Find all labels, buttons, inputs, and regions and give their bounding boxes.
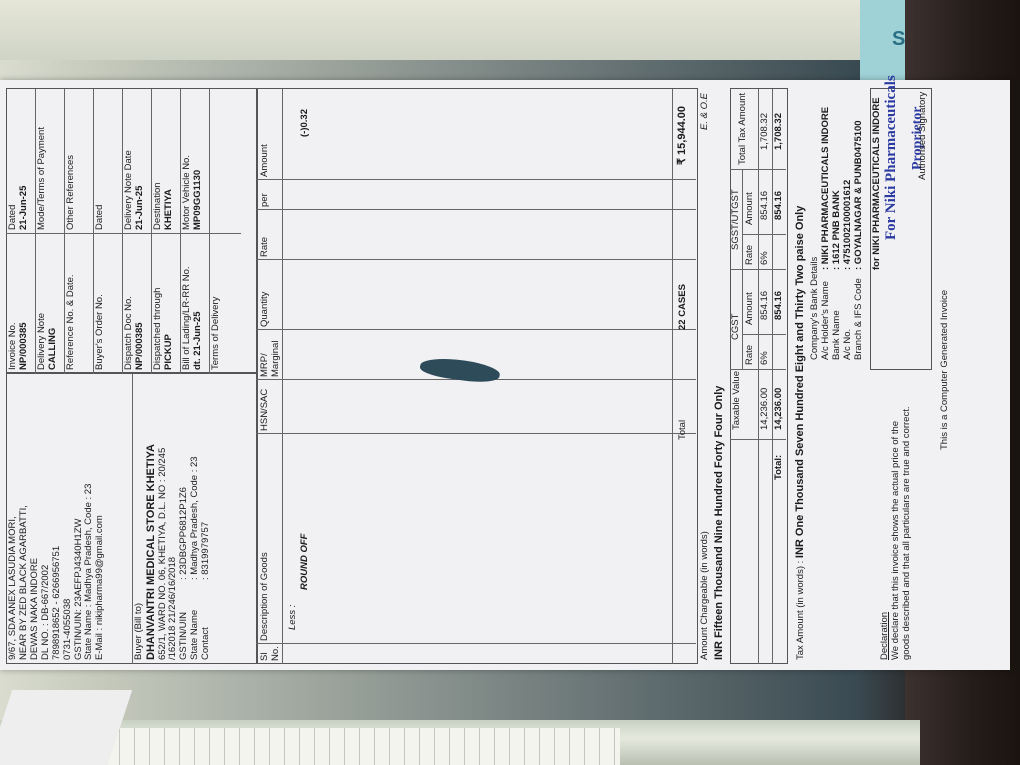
tax-cell: 854.16 bbox=[774, 191, 785, 220]
total-quantity: 22 CASES bbox=[678, 284, 689, 330]
meta-value: 21-Jun-25 bbox=[135, 186, 146, 230]
tax-cell: 1,708.32 bbox=[760, 113, 771, 150]
column-header: Quantity bbox=[260, 261, 271, 327]
column-divider bbox=[256, 329, 696, 330]
amount-words-label: Amount Chargeable (in words) bbox=[700, 531, 711, 660]
column-header: HSN/SAC bbox=[260, 381, 271, 431]
meta-value: CALLING bbox=[48, 328, 59, 370]
tax-words-label: Tax Amount (in words) : bbox=[795, 561, 806, 660]
meta-value: dt. 21-Jun-25 bbox=[193, 311, 204, 370]
meta-value: PICKUP bbox=[164, 334, 175, 370]
round-off-value: (-)0.32 bbox=[300, 109, 311, 137]
tax-words-value: INR One Thousand Seven Hundred Eight and… bbox=[794, 206, 806, 558]
meta-value: NP/000385 bbox=[19, 322, 30, 370]
buyer-label: Buyer (Bill to) bbox=[134, 444, 145, 660]
bank-value: : 1612 PNB BANK bbox=[831, 190, 842, 270]
total-amount: ₹ 15,944.00 bbox=[676, 106, 689, 165]
column-header: Sl No. bbox=[260, 645, 282, 661]
meta-label: Dated bbox=[95, 205, 106, 230]
meta-label: Buyer's Order No. bbox=[95, 294, 106, 370]
tax-cell: Rate bbox=[745, 245, 756, 265]
tax-cell: 1,708.32 bbox=[774, 113, 785, 150]
tax-cell: 14,236.00 bbox=[760, 388, 771, 430]
tax-cell: 6% bbox=[760, 251, 771, 265]
tax-cell: 14,236.00 bbox=[774, 388, 785, 430]
column-header: per bbox=[260, 181, 271, 207]
bank-value: : GOYALNAGAR & PUNB0475100 bbox=[853, 120, 864, 270]
tax-cell: Rate bbox=[745, 345, 756, 365]
address-line: 7898918652 - 6266956751 bbox=[52, 484, 63, 660]
bank-rows: A/c Holder's Name: NIKI PHARMACEUTICALS … bbox=[821, 107, 865, 360]
meta-value: 21-Jun-25 bbox=[19, 186, 30, 230]
buyer-state: : Madhya Pradesh, Code : 23 bbox=[189, 456, 200, 580]
column-divider bbox=[256, 259, 696, 260]
invoice-sheet: 9/67, SDA ANEX LASUDIA MORI, NEAR BY ZED… bbox=[0, 80, 1010, 670]
tax-cell: 854.16 bbox=[760, 191, 771, 220]
divider bbox=[672, 89, 673, 664]
amount-words-value: INR Fifteen Thousand Nine Hundred Forty … bbox=[713, 386, 726, 660]
declaration: Declaration We declare that this invoice… bbox=[880, 407, 913, 660]
column-header: Description of Goods bbox=[260, 435, 271, 641]
buyer-gstin: : 23DBGPP6812P1Z6 bbox=[178, 487, 189, 580]
column-divider bbox=[256, 179, 696, 180]
tax-cell: CGST bbox=[731, 314, 742, 340]
bank-value: : NIKI PHARMACEUTICALS INDORE bbox=[820, 107, 831, 270]
column-header: MRP/ Marginal bbox=[260, 331, 282, 377]
divider bbox=[282, 89, 283, 664]
tax-cell: Amount bbox=[745, 292, 756, 325]
less-label: Less : bbox=[288, 605, 299, 630]
buyer-block: Buyer (Bill to) DHANVANTRI MEDICAL STORE… bbox=[134, 444, 212, 660]
column-divider bbox=[256, 209, 696, 210]
buyer-contact: : 8319979757 bbox=[200, 522, 211, 580]
signatory-for: for NIKI PHARMACEUTICALS INDORE bbox=[872, 97, 883, 270]
round-off-label: ROUND OFF bbox=[300, 534, 311, 590]
tax-cell: 854.16 bbox=[774, 291, 785, 320]
divider bbox=[6, 233, 241, 234]
bank-value: : 4751002100001612 bbox=[842, 180, 853, 270]
tax-cell: 6% bbox=[760, 351, 771, 365]
buyer-name: DHANVANTRI MEDICAL STORE KHETIYA bbox=[145, 444, 158, 660]
declaration-line: goods described and that all particulars… bbox=[902, 407, 913, 660]
seller-email: E-Mail : nikipharma99@gmail.com bbox=[95, 484, 106, 660]
column-divider bbox=[256, 433, 696, 434]
label: Contact bbox=[201, 580, 212, 660]
eoe-label: E. & O.E bbox=[700, 93, 711, 130]
tax-cell: Amount bbox=[745, 192, 756, 225]
meta-label: Mode/Terms of Payment bbox=[37, 127, 48, 230]
meta-value: MP09GG1130 bbox=[193, 170, 204, 230]
tax-cell: SGST/UTGST bbox=[731, 189, 742, 250]
bank-label: Branch & IFS Code bbox=[854, 270, 865, 360]
divider bbox=[742, 234, 786, 235]
invoice-sheet-wrapper: 9/67, SDA ANEX LASUDIA MORI, NEAR BY ZED… bbox=[0, 80, 1010, 670]
authorised-signatory-label: Authorised Signatory bbox=[918, 92, 929, 180]
notebook bbox=[60, 728, 620, 765]
seller-address: 9/67, SDA ANEX LASUDIA MORI, NEAR BY ZED… bbox=[8, 484, 106, 660]
meta-label: Terms of Delivery bbox=[211, 297, 222, 370]
tax-cell: Taxable Value bbox=[732, 371, 743, 430]
computer-generated-note: This is a Computer Generated Invoice bbox=[940, 290, 951, 450]
bank-details: Company's Bank Details A/c Holder's Name… bbox=[810, 107, 865, 360]
company-stamp: For Niki Pharmaceuticals bbox=[883, 75, 900, 240]
column-header: Rate bbox=[260, 211, 271, 257]
meta-label: Reference No. & Date. bbox=[66, 274, 77, 370]
meta-label: Other References bbox=[66, 155, 77, 230]
column-header: Amount bbox=[260, 90, 271, 177]
bank-row: Branch & IFS Code: GOYALNAGAR & PUNB0475… bbox=[854, 107, 865, 360]
tax-cell: Total Tax Amount bbox=[738, 93, 749, 165]
divider bbox=[742, 170, 743, 370]
address-line: 0731-4055038 bbox=[63, 484, 74, 660]
meta-value: KHETIYA bbox=[164, 189, 175, 230]
column-divider bbox=[256, 643, 696, 644]
divider bbox=[758, 89, 759, 664]
tax-words: Tax Amount (in words) : INR One Thousand… bbox=[794, 206, 807, 660]
divider bbox=[772, 89, 773, 664]
tax-cell: 854.16 bbox=[760, 291, 771, 320]
total-label: Total bbox=[678, 420, 689, 440]
meta-value: NP/000385 bbox=[135, 322, 146, 370]
divider bbox=[742, 334, 786, 335]
tax-cell: Total: bbox=[774, 455, 785, 480]
